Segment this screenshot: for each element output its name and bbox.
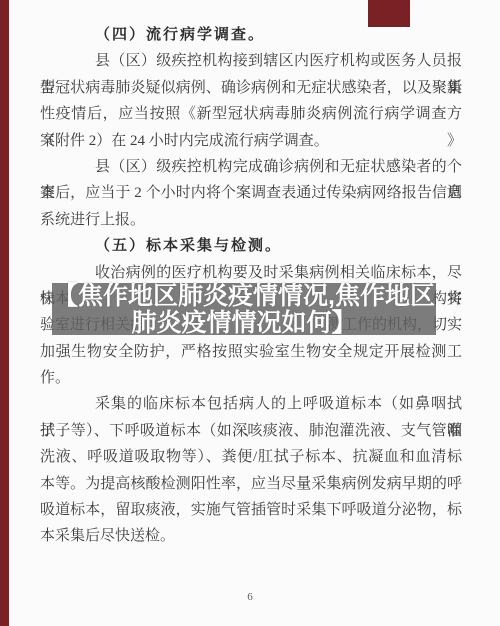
document-line: 县（区）级疾控机构接到辖区内医疗机构或医务人员报告新 [40,48,462,74]
document-line: 性疫情后，应当按照《新型冠状病毒肺炎病例流行病学调查方案》 [40,101,462,127]
document-line: 县（区）级疾控机构完成确诊病例和无症状感染者的个案调 [40,154,462,180]
caption-overlay-banner: 【焦作地区肺炎疫情情况,焦作地区肺炎疫情情况如何】 [52,283,436,335]
screenshot-root: （四）流行病学调查。县（区）级疾控机构接到辖区内医疗机构或医务人员报告新型冠状病… [0,0,500,626]
document-line: 系统进行上报。 [40,207,462,233]
document-line: 拭子等）、下呼吸道标本（如深咳痰液、肺泡灌洗液、支气管灌 [40,418,462,444]
caption-overlay-text: 【焦作地区肺炎疫情情况,焦作地区肺炎疫情情况如何】 [52,283,436,337]
document-line: 本采集后尽快送检。 [40,523,462,549]
document-line: 采集的临床标本包括病人的上呼吸道标本（如鼻咽拭子、咽 [40,391,462,417]
line-fragment-right: 构实 [432,286,462,312]
document-line: 洗液、呼吸道吸取物等）、粪便/肛拭子标本、抗凝血和血清标 [40,444,462,470]
document-line: （五）标本采集与检测。 [40,233,462,259]
document-line: 加强生物安全防护，严格按照实验室生物安全规定开展检测工 [40,339,462,365]
document-line: 吸道标本，留取痰液，实施气管插管时采集下呼吸道分泌物，标 [40,497,462,523]
page-number: 6 [0,591,500,603]
left-edge-red-stripe [0,0,9,626]
top-right-red-block [368,0,410,27]
document-line: 本等。为提高核酸检测阳性率，应当尽量采集病例发病早期的呼 [40,471,462,497]
document-line: 作。 [40,365,462,391]
document-line: 型冠状病毒肺炎疑似病例、确诊病例和无症状感染者，以及聚集 [40,75,462,101]
document-line: 查后，应当于 2 个小时内将个案调查表通过传染病网络报告信息 [40,180,462,206]
